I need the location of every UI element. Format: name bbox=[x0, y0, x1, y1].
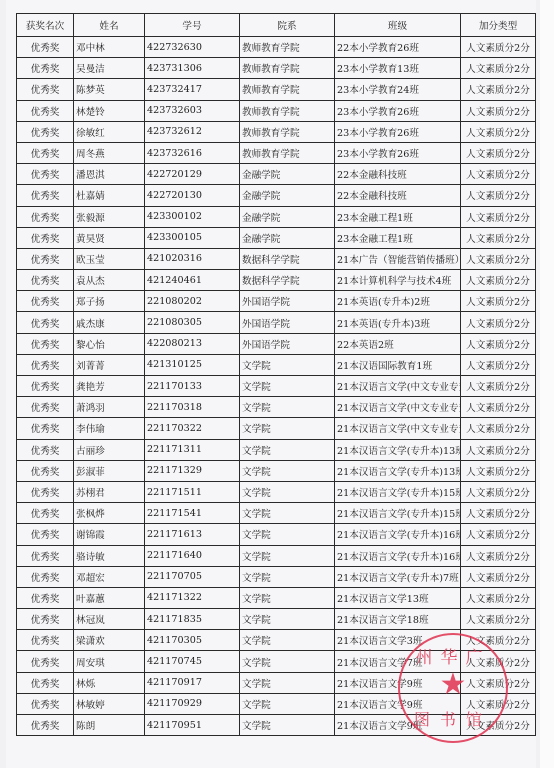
cell-department: 文学院 bbox=[240, 609, 335, 630]
header-name: 姓名 bbox=[74, 14, 145, 37]
cell-class: 21本汉语言文学(中文专业专升 bbox=[335, 376, 461, 397]
cell-award-rank: 优秀奖 bbox=[17, 715, 74, 736]
cell-name: 林烁 bbox=[74, 672, 145, 693]
cell-award-rank: 优秀奖 bbox=[17, 270, 74, 291]
cell-award-rank: 优秀奖 bbox=[17, 206, 74, 227]
cell-name: 陈梦英 bbox=[74, 79, 145, 100]
table-row: 优秀奖古丽珍221171311文学院21本汉语言文学(专升本)13班人文素质分2… bbox=[17, 439, 536, 460]
cell-student-id: 221080305 bbox=[145, 312, 240, 333]
cell-student-id: 423732616 bbox=[145, 142, 240, 163]
table-row: 优秀奖袁从杰421240461数据科学学院21本计算机科学与技术4班人文素质分2… bbox=[17, 270, 536, 291]
cell-class: 21本汉语言文学(专升本)15班 bbox=[335, 481, 461, 502]
cell-name: 骆诗敏 bbox=[74, 545, 145, 566]
table-row: 优秀奖张枫烨221171541文学院21本汉语言文学(专升本)15班人文素质分2… bbox=[17, 503, 536, 524]
cell-award-rank: 优秀奖 bbox=[17, 58, 74, 79]
cell-student-id: 423300102 bbox=[145, 206, 240, 227]
cell-class: 21本汉语言文学13班 bbox=[335, 587, 461, 608]
cell-award-rank: 优秀奖 bbox=[17, 587, 74, 608]
cell-student-id: 422732630 bbox=[145, 37, 240, 58]
cell-name: 龚艳芳 bbox=[74, 376, 145, 397]
cell-bonus-type: 人文素质分2分 bbox=[461, 460, 536, 481]
cell-student-id: 421240461 bbox=[145, 270, 240, 291]
cell-bonus-type: 人文素质分2分 bbox=[461, 672, 536, 693]
cell-award-rank: 优秀奖 bbox=[17, 630, 74, 651]
cell-department: 文学院 bbox=[240, 545, 335, 566]
cell-student-id: 423732417 bbox=[145, 79, 240, 100]
cell-name: 袁从杰 bbox=[74, 270, 145, 291]
cell-name: 叶嘉蕙 bbox=[74, 587, 145, 608]
table-row: 优秀奖林敏婷421170929文学院21本汉语言文学9班人文素质分2分 bbox=[17, 693, 536, 714]
cell-award-rank: 优秀奖 bbox=[17, 142, 74, 163]
cell-department: 文学院 bbox=[240, 397, 335, 418]
cell-class: 21本汉语言文学(专升本)7班 bbox=[335, 566, 461, 587]
cell-award-rank: 优秀奖 bbox=[17, 164, 74, 185]
cell-name: 杜嘉婧 bbox=[74, 185, 145, 206]
table-row: 优秀奖萧鸿羽221170318文学院21本汉语言文学(中文专业专升人文素质分2分 bbox=[17, 397, 536, 418]
cell-student-id: 423731306 bbox=[145, 58, 240, 79]
table-row: 优秀奖杜嘉婧422720130金融学院22本金融科技班人文素质分2分 bbox=[17, 185, 536, 206]
cell-bonus-type: 人文素质分2分 bbox=[461, 715, 536, 736]
cell-class: 21本汉语言文学9班 bbox=[335, 693, 461, 714]
cell-name: 李伟瑜 bbox=[74, 418, 145, 439]
table-row: 优秀奖陈梦英423732417教师教育学院23本小学教育24班人文素质分2分 bbox=[17, 79, 536, 100]
cell-class: 21本汉语言文学(专升本)13班 bbox=[335, 460, 461, 481]
cell-student-id: 422720129 bbox=[145, 164, 240, 185]
table-row: 优秀奖刘菁菁421310125文学院21本汉语国际教育1班人文素质分2分 bbox=[17, 354, 536, 375]
table-row: 优秀奖林楚铃423732603教师教育学院23本小学教育26班人文素质分2分 bbox=[17, 100, 536, 121]
cell-class: 21本计算机科学与技术4班 bbox=[335, 270, 461, 291]
cell-name: 黎心怡 bbox=[74, 333, 145, 354]
cell-name: 戚杰康 bbox=[74, 312, 145, 333]
cell-student-id: 421020316 bbox=[145, 248, 240, 269]
table-row: 优秀奖吴曼洁423731306教师教育学院23本小学教育13班人文素质分2分 bbox=[17, 58, 536, 79]
cell-department: 文学院 bbox=[240, 693, 335, 714]
table-row: 优秀奖苏栩君221171511文学院21本汉语言文学(专升本)15班人文素质分2… bbox=[17, 481, 536, 502]
cell-name: 林楚铃 bbox=[74, 100, 145, 121]
cell-award-rank: 优秀奖 bbox=[17, 693, 74, 714]
cell-class: 21本汉语言文学18班 bbox=[335, 609, 461, 630]
page-edge bbox=[540, 0, 554, 768]
cell-class: 23本金融工程1班 bbox=[335, 227, 461, 248]
cell-award-rank: 优秀奖 bbox=[17, 460, 74, 481]
cell-department: 文学院 bbox=[240, 503, 335, 524]
cell-bonus-type: 人文素质分2分 bbox=[461, 503, 536, 524]
cell-class: 21本汉语言文学(专升本)15班 bbox=[335, 503, 461, 524]
cell-student-id: 221171329 bbox=[145, 460, 240, 481]
cell-student-id: 221171511 bbox=[145, 481, 240, 502]
cell-class: 22本小学教育26班 bbox=[335, 37, 461, 58]
cell-bonus-type: 人文素质分2分 bbox=[461, 100, 536, 121]
cell-student-id: 421170929 bbox=[145, 693, 240, 714]
cell-bonus-type: 人文素质分2分 bbox=[461, 291, 536, 312]
table-row: 优秀奖邓中林422732630教师教育学院22本小学教育26班人文素质分2分 bbox=[17, 37, 536, 58]
table-row: 优秀奖林烁421170917文学院21本汉语言文学9班人文素质分2分 bbox=[17, 672, 536, 693]
cell-department: 金融学院 bbox=[240, 206, 335, 227]
cell-name: 邓超宏 bbox=[74, 566, 145, 587]
cell-class: 22本金融科技班 bbox=[335, 185, 461, 206]
cell-award-rank: 优秀奖 bbox=[17, 185, 74, 206]
cell-award-rank: 优秀奖 bbox=[17, 354, 74, 375]
cell-student-id: 221170322 bbox=[145, 418, 240, 439]
cell-department: 文学院 bbox=[240, 630, 335, 651]
cell-class: 21本英语(专升本)2班 bbox=[335, 291, 461, 312]
cell-name: 林敏婷 bbox=[74, 693, 145, 714]
cell-department: 文学院 bbox=[240, 651, 335, 672]
cell-bonus-type: 人文素质分2分 bbox=[461, 270, 536, 291]
cell-award-rank: 优秀奖 bbox=[17, 397, 74, 418]
cell-bonus-type: 人文素质分2分 bbox=[461, 418, 536, 439]
cell-student-id: 421310125 bbox=[145, 354, 240, 375]
cell-department: 外国语学院 bbox=[240, 312, 335, 333]
cell-student-id: 221171640 bbox=[145, 545, 240, 566]
cell-award-rank: 优秀奖 bbox=[17, 651, 74, 672]
cell-bonus-type: 人文素质分2分 bbox=[461, 164, 536, 185]
cell-award-rank: 优秀奖 bbox=[17, 100, 74, 121]
cell-department: 文学院 bbox=[240, 481, 335, 502]
cell-award-rank: 优秀奖 bbox=[17, 672, 74, 693]
cell-name: 谢锦霞 bbox=[74, 524, 145, 545]
cell-student-id: 221170705 bbox=[145, 566, 240, 587]
cell-department: 教师教育学院 bbox=[240, 121, 335, 142]
document-page: 获奖名次 姓名 学号 院系 班级 加分类型 优秀奖邓中林422732630教师教… bbox=[6, 0, 536, 768]
cell-class: 21本汉语言文学(专升本)16班 bbox=[335, 545, 461, 566]
cell-class: 21本英语(专升本)3班 bbox=[335, 312, 461, 333]
cell-bonus-type: 人文素质分2分 bbox=[461, 248, 536, 269]
cell-bonus-type: 人文素质分2分 bbox=[461, 587, 536, 608]
cell-bonus-type: 人文素质分2分 bbox=[461, 693, 536, 714]
cell-student-id: 221171613 bbox=[145, 524, 240, 545]
table-row: 优秀奖周安琪421170745文学院21本汉语言文学7班人文素质分2分 bbox=[17, 651, 536, 672]
award-table: 获奖名次 姓名 学号 院系 班级 加分类型 优秀奖邓中林422732630教师教… bbox=[16, 13, 536, 736]
cell-award-rank: 优秀奖 bbox=[17, 312, 74, 333]
cell-student-id: 423300105 bbox=[145, 227, 240, 248]
cell-department: 文学院 bbox=[240, 354, 335, 375]
cell-department: 金融学院 bbox=[240, 227, 335, 248]
cell-name: 古丽珍 bbox=[74, 439, 145, 460]
cell-name: 周冬燕 bbox=[74, 142, 145, 163]
cell-class: 23本小学教育13班 bbox=[335, 58, 461, 79]
cell-name: 张毅源 bbox=[74, 206, 145, 227]
cell-class: 21本汉语言文学3班 bbox=[335, 630, 461, 651]
cell-bonus-type: 人文素质分2分 bbox=[461, 397, 536, 418]
cell-name: 黄昊贤 bbox=[74, 227, 145, 248]
cell-award-rank: 优秀奖 bbox=[17, 566, 74, 587]
cell-bonus-type: 人文素质分2分 bbox=[461, 142, 536, 163]
cell-student-id: 421171322 bbox=[145, 587, 240, 608]
cell-class: 23本小学教育26班 bbox=[335, 142, 461, 163]
cell-student-id: 421170745 bbox=[145, 651, 240, 672]
cell-award-rank: 优秀奖 bbox=[17, 609, 74, 630]
cell-bonus-type: 人文素质分2分 bbox=[461, 651, 536, 672]
cell-class: 23本金融工程1班 bbox=[335, 206, 461, 227]
table-row: 优秀奖陈朗421170951文学院21本汉语言文学9班人文素质分2分 bbox=[17, 715, 536, 736]
table-row: 优秀奖龚艳芳221170133文学院21本汉语言文学(中文专业专升人文素质分2分 bbox=[17, 376, 536, 397]
cell-class: 22本英语2班 bbox=[335, 333, 461, 354]
cell-name: 吴曼洁 bbox=[74, 58, 145, 79]
cell-department: 文学院 bbox=[240, 376, 335, 397]
cell-department: 外国语学院 bbox=[240, 291, 335, 312]
cell-department: 教师教育学院 bbox=[240, 79, 335, 100]
header-class: 班级 bbox=[335, 14, 461, 37]
cell-name: 潘恩淇 bbox=[74, 164, 145, 185]
cell-name: 刘菁菁 bbox=[74, 354, 145, 375]
cell-department: 教师教育学院 bbox=[240, 100, 335, 121]
cell-award-rank: 优秀奖 bbox=[17, 79, 74, 100]
cell-award-rank: 优秀奖 bbox=[17, 376, 74, 397]
cell-award-rank: 优秀奖 bbox=[17, 439, 74, 460]
cell-name: 张枫烨 bbox=[74, 503, 145, 524]
cell-name: 邓中林 bbox=[74, 37, 145, 58]
cell-bonus-type: 人文素质分2分 bbox=[461, 79, 536, 100]
cell-award-rank: 优秀奖 bbox=[17, 503, 74, 524]
cell-student-id: 421170951 bbox=[145, 715, 240, 736]
cell-department: 文学院 bbox=[240, 460, 335, 481]
cell-class: 21本汉语国际教育1班 bbox=[335, 354, 461, 375]
cell-bonus-type: 人文素质分2分 bbox=[461, 227, 536, 248]
cell-department: 文学院 bbox=[240, 418, 335, 439]
cell-name: 徐敏红 bbox=[74, 121, 145, 142]
cell-student-id: 421170917 bbox=[145, 672, 240, 693]
cell-bonus-type: 人文素质分2分 bbox=[461, 206, 536, 227]
cell-class: 21本汉语言文学(专升本)16班 bbox=[335, 524, 461, 545]
table-row: 优秀奖张毅源423300102金融学院23本金融工程1班人文素质分2分 bbox=[17, 206, 536, 227]
cell-name: 彭淑菲 bbox=[74, 460, 145, 481]
cell-name: 梁潇欢 bbox=[74, 630, 145, 651]
cell-student-id: 221080202 bbox=[145, 291, 240, 312]
cell-department: 教师教育学院 bbox=[240, 142, 335, 163]
cell-bonus-type: 人文素质分2分 bbox=[461, 439, 536, 460]
cell-name: 苏栩君 bbox=[74, 481, 145, 502]
table-row: 优秀奖潘恩淇422720129金融学院22本金融科技班人文素质分2分 bbox=[17, 164, 536, 185]
cell-class: 21本汉语言文学9班 bbox=[335, 672, 461, 693]
table-row: 优秀奖骆诗敏221171640文学院21本汉语言文学(专升本)16班人文素质分2… bbox=[17, 545, 536, 566]
cell-department: 文学院 bbox=[240, 587, 335, 608]
cell-student-id: 422080213 bbox=[145, 333, 240, 354]
table-row: 优秀奖梁潇欢421170305文学院21本汉语言文学3班人文素质分2分 bbox=[17, 630, 536, 651]
cell-department: 教师教育学院 bbox=[240, 58, 335, 79]
cell-class: 23本小学教育26班 bbox=[335, 100, 461, 121]
cell-name: 郑子扬 bbox=[74, 291, 145, 312]
cell-class: 23本小学教育26班 bbox=[335, 121, 461, 142]
cell-bonus-type: 人文素质分2分 bbox=[461, 630, 536, 651]
table-row: 优秀奖周冬燕423732616教师教育学院23本小学教育26班人文素质分2分 bbox=[17, 142, 536, 163]
cell-bonus-type: 人文素质分2分 bbox=[461, 354, 536, 375]
cell-class: 21本汉语言文学7班 bbox=[335, 651, 461, 672]
cell-department: 数据科学学院 bbox=[240, 270, 335, 291]
cell-student-id: 221171541 bbox=[145, 503, 240, 524]
cell-bonus-type: 人文素质分2分 bbox=[461, 37, 536, 58]
cell-name: 萧鸿羽 bbox=[74, 397, 145, 418]
cell-name: 林冠岚 bbox=[74, 609, 145, 630]
cell-department: 文学院 bbox=[240, 715, 335, 736]
cell-student-id: 422720130 bbox=[145, 185, 240, 206]
cell-award-rank: 优秀奖 bbox=[17, 418, 74, 439]
cell-award-rank: 优秀奖 bbox=[17, 248, 74, 269]
cell-student-id: 221170318 bbox=[145, 397, 240, 418]
cell-name: 周安琪 bbox=[74, 651, 145, 672]
cell-award-rank: 优秀奖 bbox=[17, 545, 74, 566]
table-row: 优秀奖叶嘉蕙421171322文学院21本汉语言文学13班人文素质分2分 bbox=[17, 587, 536, 608]
cell-bonus-type: 人文素质分2分 bbox=[461, 524, 536, 545]
table-row: 优秀奖戚杰康221080305外国语学院21本英语(专升本)3班人文素质分2分 bbox=[17, 312, 536, 333]
cell-department: 金融学院 bbox=[240, 164, 335, 185]
cell-class: 21本广告（智能营销传播班） bbox=[335, 248, 461, 269]
cell-student-id: 421170305 bbox=[145, 630, 240, 651]
cell-student-id: 423732603 bbox=[145, 100, 240, 121]
cell-bonus-type: 人文素质分2分 bbox=[461, 566, 536, 587]
table-row: 优秀奖黄昊贤423300105金融学院23本金融工程1班人文素质分2分 bbox=[17, 227, 536, 248]
cell-bonus-type: 人文素质分2分 bbox=[461, 481, 536, 502]
cell-class: 21本汉语言文学(中文专业专升 bbox=[335, 397, 461, 418]
cell-bonus-type: 人文素质分2分 bbox=[461, 376, 536, 397]
header-award-rank: 获奖名次 bbox=[17, 14, 74, 37]
cell-class: 22本金融科技班 bbox=[335, 164, 461, 185]
table-row: 优秀奖欧玉莹421020316数据科学学院21本广告（智能营销传播班）人文素质分… bbox=[17, 248, 536, 269]
cell-student-id: 421171835 bbox=[145, 609, 240, 630]
header-department: 院系 bbox=[240, 14, 335, 37]
cell-department: 文学院 bbox=[240, 439, 335, 460]
header-student-id: 学号 bbox=[145, 14, 240, 37]
cell-name: 欧玉莹 bbox=[74, 248, 145, 269]
cell-bonus-type: 人文素质分2分 bbox=[461, 185, 536, 206]
cell-bonus-type: 人文素质分2分 bbox=[461, 58, 536, 79]
cell-bonus-type: 人文素质分2分 bbox=[461, 545, 536, 566]
table-row: 优秀奖林冠岚421171835文学院21本汉语言文学18班人文素质分2分 bbox=[17, 609, 536, 630]
cell-student-id: 221171311 bbox=[145, 439, 240, 460]
cell-award-rank: 优秀奖 bbox=[17, 227, 74, 248]
cell-award-rank: 优秀奖 bbox=[17, 524, 74, 545]
cell-bonus-type: 人文素质分2分 bbox=[461, 121, 536, 142]
table-row: 优秀奖郑子扬221080202外国语学院21本英语(专升本)2班人文素质分2分 bbox=[17, 291, 536, 312]
cell-class: 21本汉语言文学(中文专业专升 bbox=[335, 418, 461, 439]
table-row: 优秀奖徐敏红423732612教师教育学院23本小学教育26班人文素质分2分 bbox=[17, 121, 536, 142]
cell-student-id: 423732612 bbox=[145, 121, 240, 142]
table-row: 优秀奖李伟瑜221170322文学院21本汉语言文学(中文专业专升人文素质分2分 bbox=[17, 418, 536, 439]
cell-bonus-type: 人文素质分2分 bbox=[461, 333, 536, 354]
cell-award-rank: 优秀奖 bbox=[17, 333, 74, 354]
cell-award-rank: 优秀奖 bbox=[17, 121, 74, 142]
table-row: 优秀奖彭淑菲221171329文学院21本汉语言文学(专升本)13班人文素质分2… bbox=[17, 460, 536, 481]
cell-award-rank: 优秀奖 bbox=[17, 481, 74, 502]
cell-name: 陈朗 bbox=[74, 715, 145, 736]
cell-department: 金融学院 bbox=[240, 185, 335, 206]
cell-class: 21本汉语言文学(专升本)13班 bbox=[335, 439, 461, 460]
cell-bonus-type: 人文素质分2分 bbox=[461, 312, 536, 333]
cell-department: 文学院 bbox=[240, 524, 335, 545]
cell-award-rank: 优秀奖 bbox=[17, 37, 74, 58]
header-bonus-type: 加分类型 bbox=[461, 14, 536, 37]
table-row: 优秀奖谢锦霞221171613文学院21本汉语言文学(专升本)16班人文素质分2… bbox=[17, 524, 536, 545]
cell-department: 外国语学院 bbox=[240, 333, 335, 354]
cell-department: 文学院 bbox=[240, 566, 335, 587]
cell-class: 23本小学教育24班 bbox=[335, 79, 461, 100]
cell-department: 文学院 bbox=[240, 672, 335, 693]
cell-bonus-type: 人文素质分2分 bbox=[461, 609, 536, 630]
cell-award-rank: 优秀奖 bbox=[17, 291, 74, 312]
cell-department: 教师教育学院 bbox=[240, 37, 335, 58]
cell-student-id: 221170133 bbox=[145, 376, 240, 397]
table-row: 优秀奖黎心怡422080213外国语学院22本英语2班人文素质分2分 bbox=[17, 333, 536, 354]
table-row: 优秀奖邓超宏221170705文学院21本汉语言文学(专升本)7班人文素质分2分 bbox=[17, 566, 536, 587]
table-header-row: 获奖名次 姓名 学号 院系 班级 加分类型 bbox=[17, 14, 536, 37]
cell-department: 数据科学学院 bbox=[240, 248, 335, 269]
cell-class: 21本汉语言文学9班 bbox=[335, 715, 461, 736]
